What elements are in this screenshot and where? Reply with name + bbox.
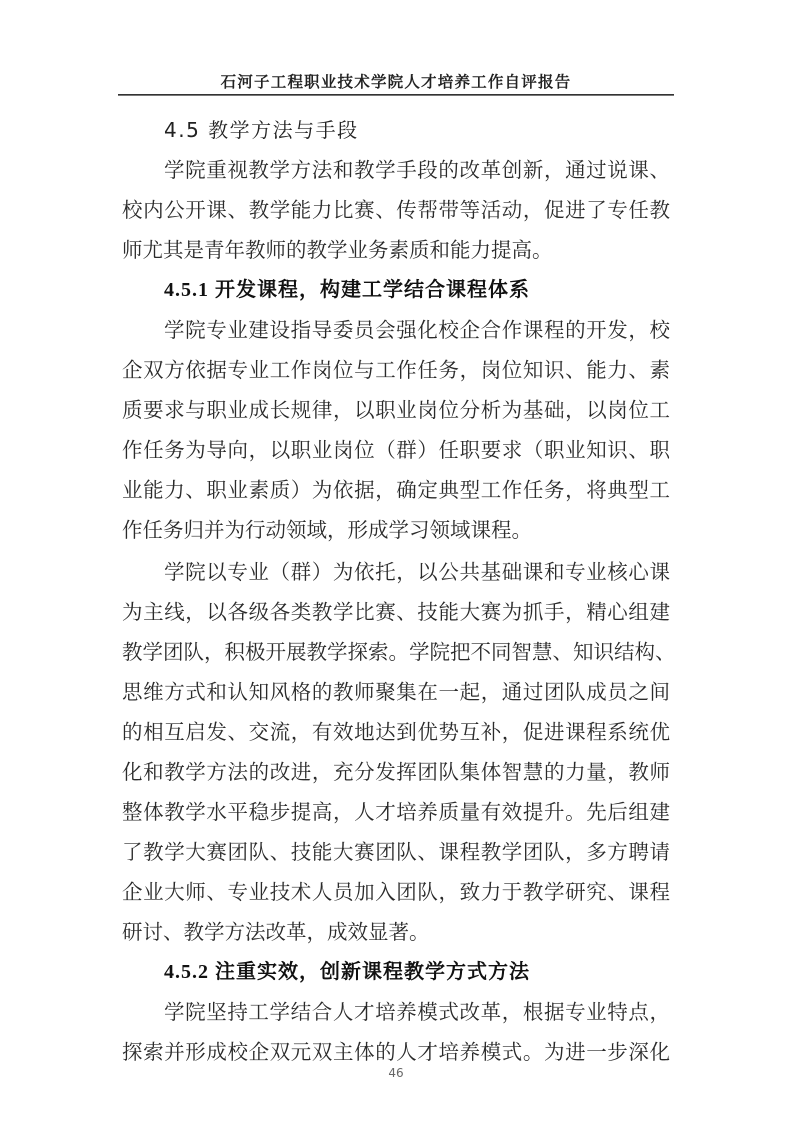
paragraph-line: 校内公开课、教学能力比赛、传帮带等活动，促进了专任教 <box>122 190 670 230</box>
paragraph-line: 的相互启发、交流，有效地达到优势互补，促进课程系统优 <box>122 712 670 752</box>
section-heading-4-5-1: 4.5.1 开发课程，构建工学结合课程体系 <box>164 270 530 310</box>
paragraph-line: 了教学大赛团队、技能大赛团队、课程教学团队，多方聘请 <box>122 832 670 872</box>
paragraph-line: 为主线，以各级各类教学比赛、技能大赛为抓手，精心组建 <box>122 592 670 632</box>
paragraph-line: 化和教学方法的改进，充分发挥团队集体智慧的力量，教师 <box>122 752 670 792</box>
paragraph-line: 业能力、职业素质）为依据，确定典型工作任务，将典型工 <box>122 470 670 510</box>
paragraph-line: 企业大师、专业技术人员加入团队，致力于教学研究、课程 <box>122 872 670 912</box>
section-heading-4-5: 4.5 教学方法与手段 <box>164 110 359 150</box>
paragraph-line: 作任务为导向，以职业岗位（群）任职要求（职业知识、职 <box>122 430 670 470</box>
paragraph-line: 学院坚持工学结合人才培养模式改革，根据专业特点， <box>164 992 670 1032</box>
paragraph-line: 师尤其是青年教师的教学业务素质和能力提高。 <box>122 230 670 270</box>
paragraph-line: 整体教学水平稳步提高，人才培养质量有效提升。先后组建 <box>122 792 670 832</box>
paragraph-line: 质要求与职业成长规律，以职业岗位分析为基础，以岗位工 <box>122 390 670 430</box>
paragraph-line: 作任务归并为行动领域，形成学习领域课程。 <box>122 510 670 550</box>
page-number: 46 <box>0 1066 792 1080</box>
header-divider <box>118 94 674 96</box>
paragraph-line: 学院以专业（群）为依托，以公共基础课和专业核心课 <box>164 552 670 592</box>
paragraph-line: 研讨、教学方法改革，成效显著。 <box>122 912 670 952</box>
section-heading-4-5-2: 4.5.2 注重实效，创新课程教学方式方法 <box>164 952 530 992</box>
paragraph-line: 企双方依据专业工作岗位与工作任务，岗位知识、能力、素 <box>122 350 670 390</box>
paragraph-line: 学院重视教学方法和教学手段的改革创新，通过说课、 <box>164 150 670 190</box>
running-header: 石河子工程职业技术学院人才培养工作自评报告 <box>120 70 672 92</box>
paragraph-line: 教学团队，积极开展教学探索。学院把不同智慧、知识结构、 <box>122 632 670 672</box>
paragraph-line: 学院专业建设指导委员会强化校企合作课程的开发，校 <box>164 310 670 350</box>
paragraph-line: 思维方式和认知风格的教师聚集在一起，通过团队成员之间 <box>122 672 670 712</box>
